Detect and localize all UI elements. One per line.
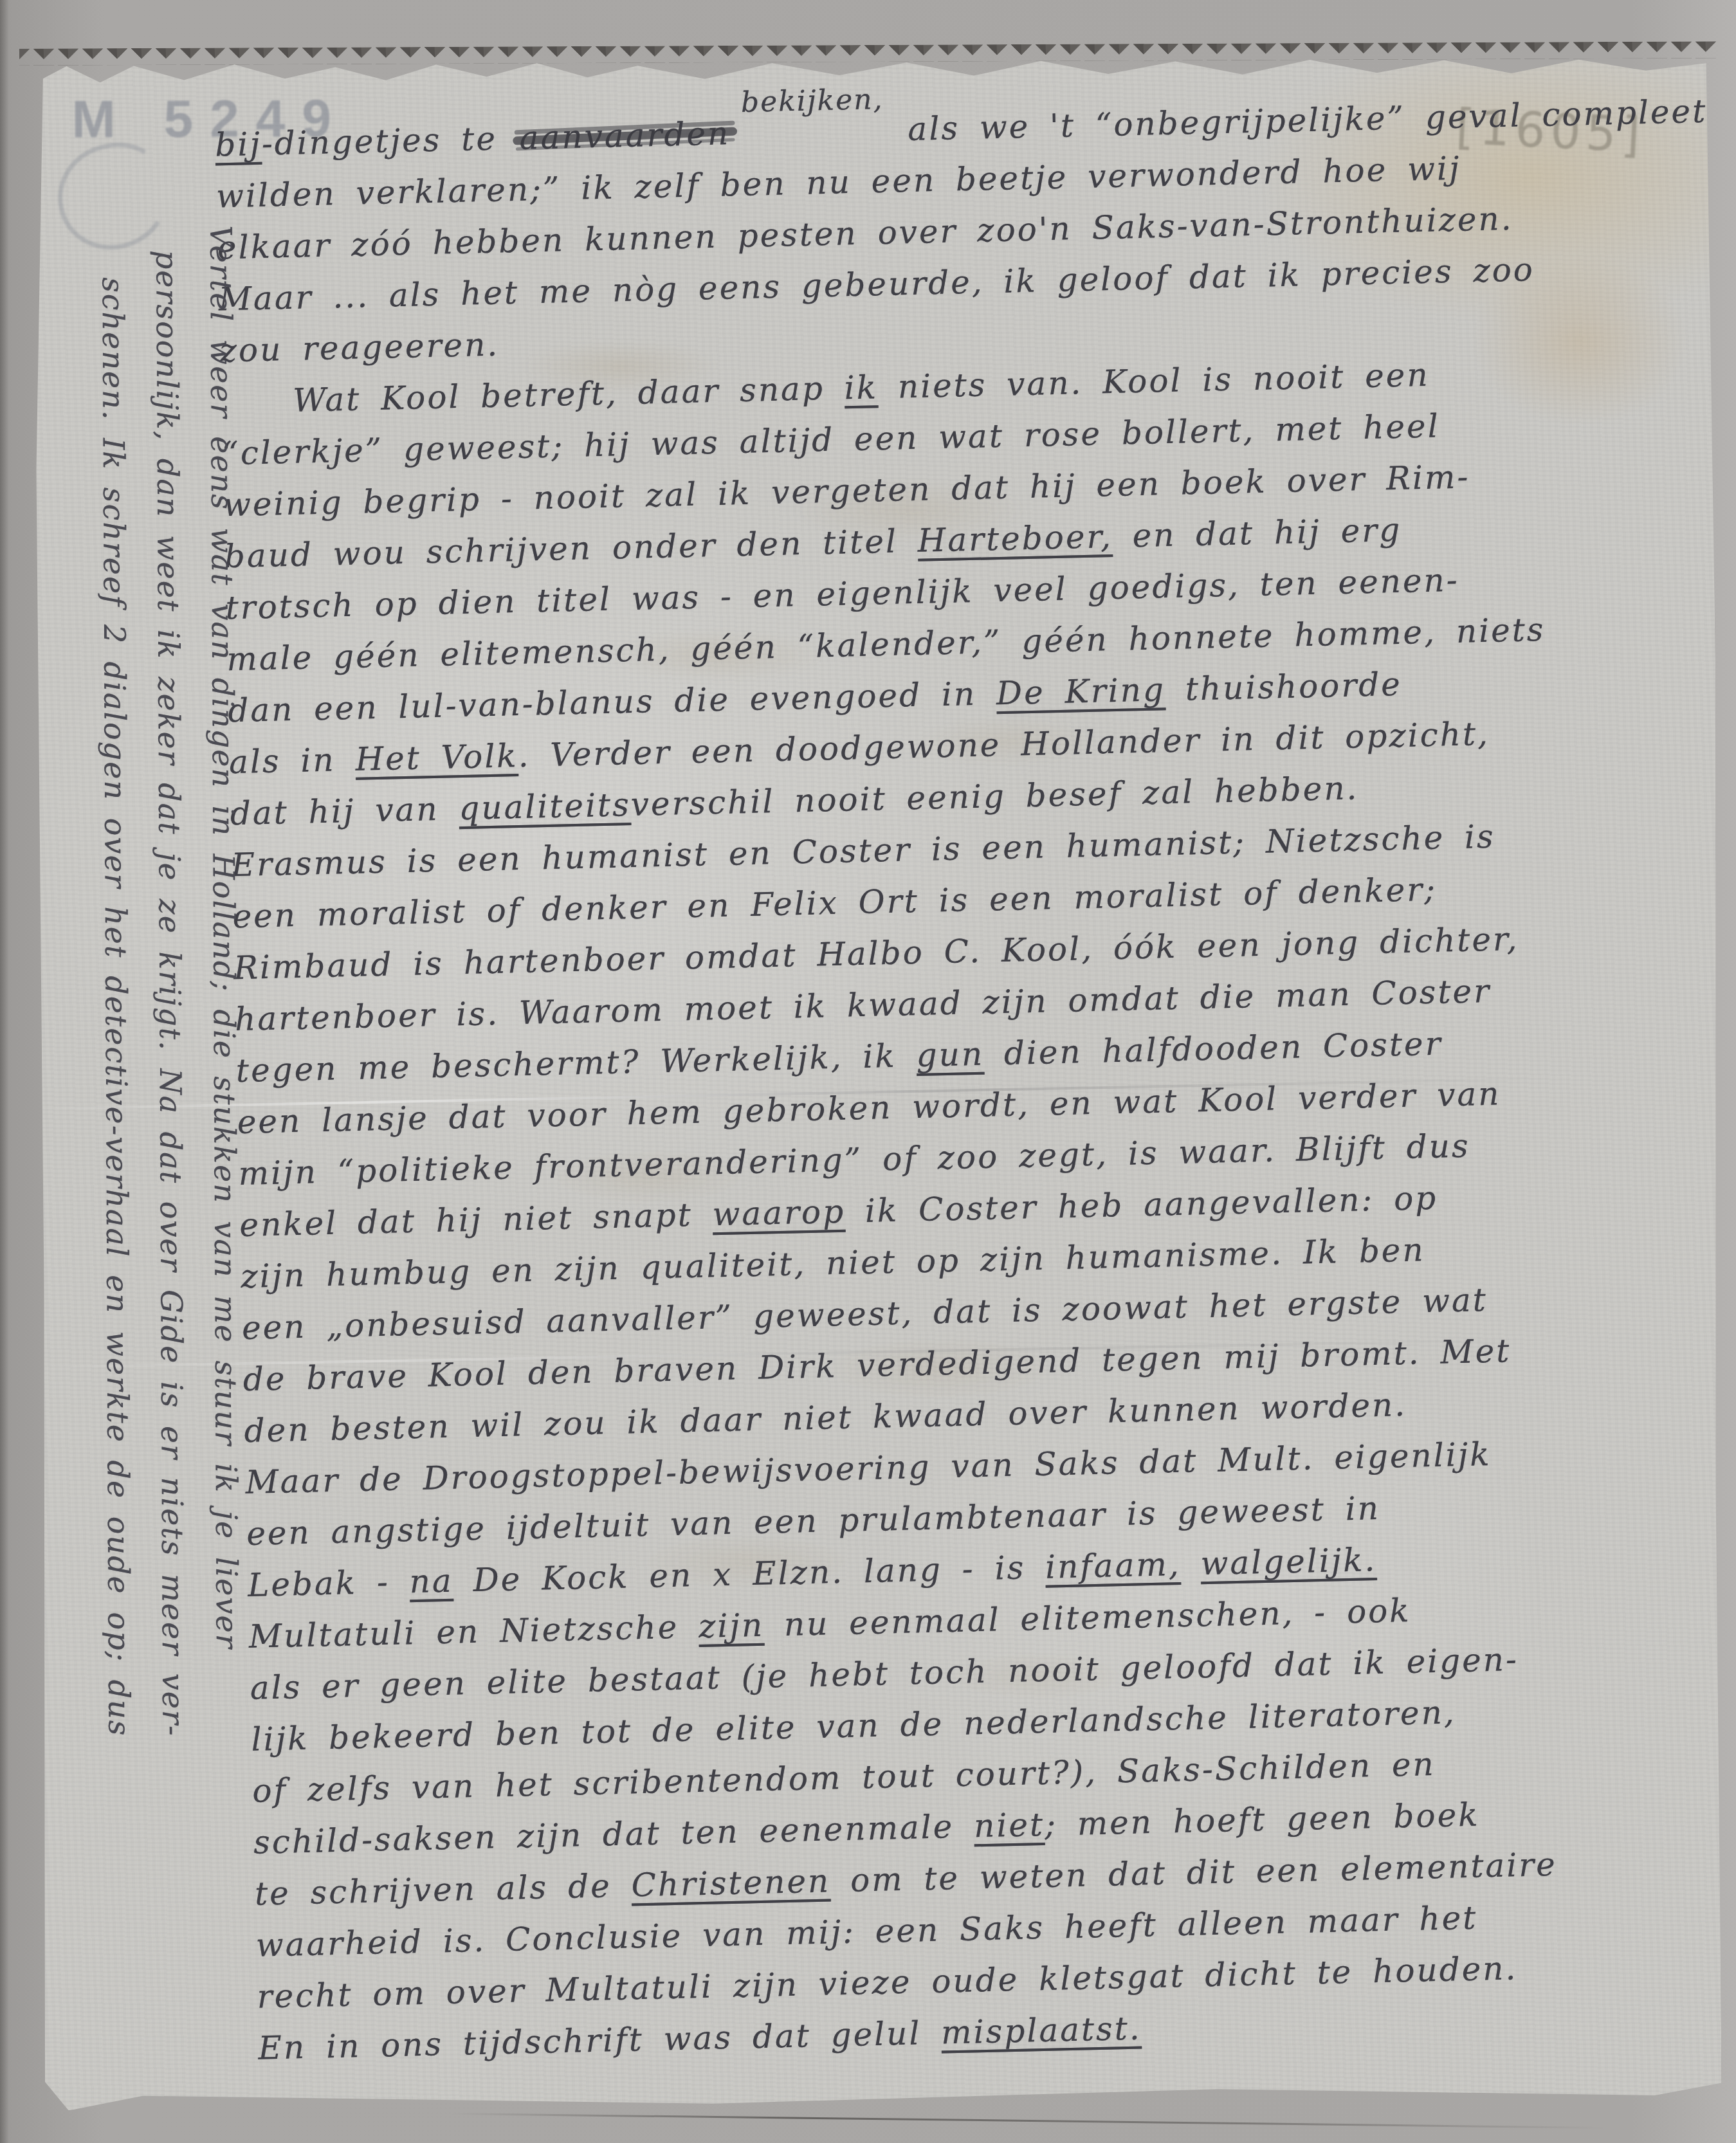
scan-edge-shadow xyxy=(0,0,9,2143)
margin-note-line: schenen. Ik schreef 2 dialogen over het … xyxy=(96,277,137,1737)
scan-background: { "page": { "archive_stamp": "M 5249", "… xyxy=(0,0,1736,2143)
inserted-word: bekijken, xyxy=(740,83,884,119)
torn-paper-edge xyxy=(19,41,1717,66)
stamp-circle-mark xyxy=(48,133,180,260)
scanner-scratch-mark xyxy=(450,2113,1608,2129)
margin-note-line: persoonlijk, dan weet ik zeker dat je ze… xyxy=(149,250,190,1737)
letter-body: bij-dingetjes te aanvaardenbekijken, als… xyxy=(214,87,1736,2075)
crossed-out-word: aanvaarden xyxy=(516,114,733,157)
letter-paper: M 5249 [1605] bij-dingetjes te aanvaarde… xyxy=(33,53,1722,2110)
margin-note-line: Vertel weer eens wat van dingen in Holla… xyxy=(203,225,244,1649)
